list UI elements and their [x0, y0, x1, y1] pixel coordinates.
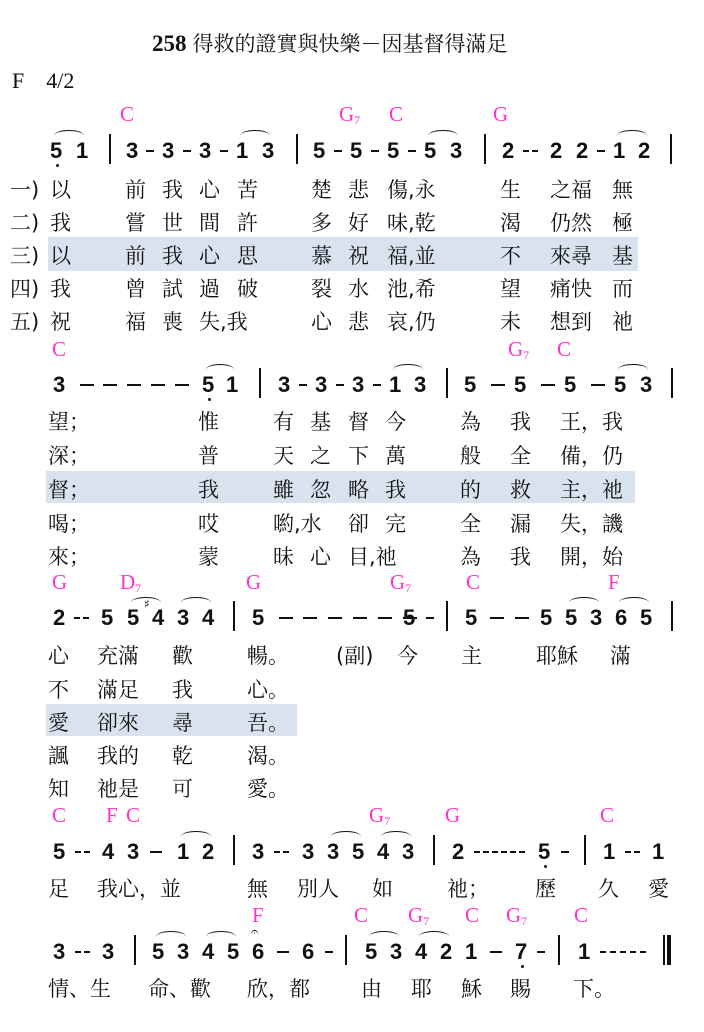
dash: [610, 951, 616, 953]
key-signature: F4/2: [12, 68, 74, 94]
lyric-syllable: 味,乾: [387, 207, 436, 237]
lyric-syllable: 失,我: [199, 306, 248, 336]
final-barline-thin: [663, 935, 665, 965]
dash: [373, 384, 381, 386]
lyric-syllable: 痛快: [550, 273, 592, 303]
dash: [220, 150, 228, 152]
chord-symbol: F: [106, 803, 118, 828]
note: 2: [638, 138, 650, 164]
lyric-syllable: 思: [237, 240, 258, 270]
lyric-syllable: 惟: [198, 406, 219, 436]
lyric-syllable: 嘗: [125, 207, 146, 237]
lyric-syllable: 渴。: [247, 740, 289, 770]
lyric-syllable: 慕: [311, 240, 332, 270]
chord-symbol: C: [354, 903, 368, 928]
lyric-syllable: 備，仍: [560, 440, 623, 470]
slur: [393, 364, 423, 375]
lyric-syllable: 心: [310, 541, 331, 571]
chord-symbol: G: [52, 570, 67, 595]
lyric-syllable: 世: [162, 207, 183, 237]
lyric-syllable: 由: [361, 973, 382, 1003]
note: 4: [377, 839, 389, 865]
lyric-syllable: 極: [612, 207, 633, 237]
lyric-syllable: 充滿: [97, 640, 139, 670]
verse-label: 五): [10, 306, 39, 336]
lyric-syllable: 試: [162, 273, 183, 303]
time-signature: 4/2: [46, 68, 74, 93]
lyric-syllable: 心: [199, 174, 220, 204]
dash: [490, 951, 502, 953]
lyric-syllable: 目,祂: [348, 541, 397, 571]
note: 5: [53, 839, 65, 865]
lyric-syllable: 哀,仍: [387, 306, 436, 336]
lyric-syllable: 過: [199, 273, 220, 303]
note: 5: [350, 138, 362, 164]
chord-symbol: C: [574, 903, 588, 928]
slur: [206, 364, 234, 375]
lyric-syllable: 之: [310, 440, 331, 470]
verse-label: 二): [10, 207, 39, 237]
lyric-syllable: 福,並: [387, 240, 436, 270]
low-octave-dot: [521, 965, 524, 968]
note: 5: [127, 605, 139, 631]
chord-symbol: C: [466, 570, 480, 595]
lyric-syllable: 望；: [48, 406, 90, 436]
dash: [80, 384, 94, 386]
dash: [279, 617, 293, 619]
dash: [426, 617, 434, 619]
lyric-syllable: 賜: [510, 973, 531, 1003]
lyric-syllable: 我: [172, 674, 193, 704]
barline: [134, 935, 136, 965]
dash: [283, 851, 289, 853]
lyric-syllable: 來；: [48, 541, 90, 571]
lyric-syllable: 的: [460, 474, 481, 504]
note: 2: [53, 605, 65, 631]
lyric-syllable: 知: [48, 773, 69, 803]
lyric-syllable: 心。: [247, 674, 289, 704]
dash: [591, 384, 605, 386]
lyric-syllable: 為: [460, 541, 481, 571]
lyric-syllable: 尋: [172, 707, 193, 737]
lyric-syllable: 乾: [172, 740, 193, 770]
lyric-syllable: 救: [510, 474, 531, 504]
dash: [408, 150, 416, 152]
note: 3: [402, 839, 414, 865]
lyric-syllable: 我的: [97, 740, 139, 770]
lyric-syllable: 可: [172, 773, 193, 803]
note: 3: [127, 839, 139, 865]
lyric-syllable: 福: [125, 306, 146, 336]
lyric-syllable: 心: [199, 240, 220, 270]
note: 4: [202, 605, 214, 631]
lyric-syllable: 完: [385, 508, 406, 538]
lyric-syllable: 蒙: [198, 541, 219, 571]
chord-symbol: C: [126, 803, 140, 828]
note: 5: [252, 605, 264, 631]
lyric-syllable: 破: [237, 273, 258, 303]
dash: [336, 384, 344, 386]
dash: [378, 617, 392, 619]
lyric-syllable: 我: [385, 474, 406, 504]
lyric-syllable: 未: [500, 306, 521, 336]
note: 3: [252, 839, 264, 865]
fermata-icon: 𝄐: [251, 925, 258, 940]
slur: [428, 130, 458, 141]
lyric-syllable: 想到: [550, 306, 592, 336]
barline: [670, 134, 672, 164]
lyric-syllable: 好: [348, 207, 369, 237]
slur: [181, 831, 211, 842]
key-label: F: [12, 68, 24, 93]
dash: [75, 851, 81, 853]
slur: [206, 931, 236, 942]
lyric-syllable: 基: [310, 406, 331, 436]
lyric-syllable: 我: [50, 273, 71, 303]
note: 3: [53, 939, 65, 965]
note: 5: [538, 839, 550, 865]
lyric-syllable: 忽: [310, 474, 331, 504]
dash: [515, 617, 529, 619]
dash: [491, 384, 505, 386]
dash: [630, 951, 636, 953]
note: 3: [640, 372, 652, 398]
lyric-syllable: 悲: [348, 174, 369, 204]
lyric-syllable: 祂；: [447, 873, 489, 903]
lyric-syllable: 我: [510, 406, 531, 436]
dash: [634, 851, 640, 853]
dash: [127, 384, 141, 386]
low-octave-dot: [56, 164, 59, 167]
note: 1: [76, 138, 88, 164]
note: 1: [613, 138, 625, 164]
lyric-syllable: 吾。: [247, 707, 289, 737]
lyric-syllable: 萬: [385, 440, 406, 470]
dash: [490, 617, 504, 619]
dash: [84, 951, 90, 953]
note: 3: [352, 372, 364, 398]
lyric-syllable: 基: [612, 240, 633, 270]
lyric-syllable: 生: [500, 174, 521, 204]
lyric-syllable: 略: [348, 474, 369, 504]
lyric-syllable: 之福: [550, 174, 592, 204]
lyric-syllable: 來尋: [550, 240, 592, 270]
dash: [84, 851, 90, 853]
lyric-syllable: 下。: [573, 973, 615, 1003]
lyric-syllable: 耶: [411, 973, 432, 1003]
lyric-syllable: 不: [48, 674, 69, 704]
dash: [175, 384, 189, 386]
note: 2: [502, 138, 514, 164]
dash: [75, 951, 81, 953]
refrain-marker: (副): [336, 640, 373, 670]
note: 3: [162, 138, 174, 164]
note: 2: [576, 138, 588, 164]
verse-label: 一): [10, 174, 39, 204]
note: 3: [177, 605, 189, 631]
barline: [259, 368, 261, 398]
lyric-syllable: 雖: [273, 474, 294, 504]
lyric-syllable: 間: [199, 207, 220, 237]
lyric-syllable: 心: [48, 640, 69, 670]
chord-symbol: G7: [339, 102, 360, 128]
lyric-syllable: 滿: [610, 640, 631, 670]
barline: [446, 601, 448, 631]
dash: [83, 617, 89, 619]
lyric-syllable: 如: [372, 873, 393, 903]
lyric-syllable: 卻來: [97, 707, 139, 737]
lyric-syllable: 卻: [348, 508, 369, 538]
chord-symbol: G7: [408, 903, 429, 929]
lyric-syllable: 哎: [198, 508, 219, 538]
note: 2: [550, 138, 562, 164]
note: 3: [177, 939, 189, 965]
note: 5: [514, 372, 526, 398]
lyric-syllable: 以: [50, 240, 71, 270]
lyric-syllable: 般: [460, 440, 481, 470]
note: 5: [101, 605, 113, 631]
lyric-syllable: 別人: [297, 873, 339, 903]
note: 5: [540, 605, 552, 631]
lyric-syllable: 望: [500, 273, 521, 303]
lyric-syllable: 愛: [648, 873, 669, 903]
note: 5: [202, 372, 214, 398]
lyric-syllable: 喝；: [48, 508, 90, 538]
low-octave-dot: [208, 398, 211, 401]
chord-symbol: C: [120, 102, 134, 127]
dash: [303, 617, 317, 619]
note: 3: [199, 138, 211, 164]
lyric-syllable: 我: [510, 541, 531, 571]
dash: [277, 951, 289, 953]
barline: [584, 835, 586, 865]
lyric-syllable: 主，祂: [560, 474, 623, 504]
note: 1: [177, 839, 189, 865]
lyric-syllable: 祝: [50, 306, 71, 336]
barline: [233, 835, 235, 865]
dash: [103, 384, 117, 386]
lyric-syllable: 天: [273, 440, 294, 470]
lyric-syllable: 祂是: [97, 773, 139, 803]
barline: [233, 601, 235, 631]
chord-symbol: C: [52, 337, 66, 362]
lyric-syllable: 漏: [510, 508, 531, 538]
lyric-syllable: 我: [162, 174, 183, 204]
slur: [156, 931, 186, 942]
note: 5: [614, 372, 626, 398]
chord-symbol: G7: [508, 337, 529, 363]
dash: [501, 851, 507, 853]
lyric-syllable: 許: [237, 207, 258, 237]
note: 1: [652, 839, 664, 865]
note: 2: [202, 839, 214, 865]
lyric-syllable: 苦: [237, 174, 258, 204]
dash: [523, 150, 529, 152]
note: 3: [590, 605, 602, 631]
dash: [146, 150, 154, 152]
note: 3: [262, 138, 274, 164]
lyric-syllable: 深；: [48, 440, 90, 470]
note: 3: [278, 372, 290, 398]
lyric-syllable: 我: [50, 207, 71, 237]
lyric-syllable: 悲: [348, 306, 369, 336]
note: 3: [53, 372, 65, 398]
verse-label: 三): [10, 240, 39, 270]
slur: [619, 597, 649, 608]
lyric-syllable: 我心，並: [97, 873, 181, 903]
lyric-syllable: 普: [198, 440, 219, 470]
chord-symbol: C: [600, 803, 614, 828]
dash: [519, 851, 525, 853]
lyric-syllable: 我: [162, 240, 183, 270]
hymn-title: 258得救的證實與快樂－因基督得滿足: [152, 28, 508, 58]
dash: [640, 951, 646, 953]
lyric-syllable: 渴: [500, 207, 521, 237]
note: 4: [202, 939, 214, 965]
final-barline-thick: [667, 935, 671, 965]
note: 1: [226, 372, 238, 398]
note: 5: [313, 138, 325, 164]
note: 3: [414, 372, 426, 398]
chord-symbol: G7: [390, 570, 411, 596]
dash: [625, 851, 631, 853]
lyric-syllable: 有: [273, 406, 294, 436]
slur: [181, 597, 211, 608]
slur: [381, 831, 411, 842]
lyric-syllable: 主: [461, 640, 482, 670]
note: 5: [403, 605, 415, 631]
lyric-syllable: 心: [311, 306, 332, 336]
lyric-syllable: 池,希: [387, 273, 436, 303]
lyric-syllable: 而: [612, 273, 633, 303]
lyric-syllable: 前: [125, 240, 146, 270]
dash: [150, 851, 162, 853]
chord-symbol: G: [246, 570, 261, 595]
dash: [561, 851, 569, 853]
dash: [334, 150, 342, 152]
slur: [617, 130, 647, 141]
note: 1: [578, 939, 590, 965]
note: 1: [465, 939, 477, 965]
lyric-syllable: 情、生: [48, 973, 111, 1003]
chord-symbol: D7: [120, 570, 141, 596]
note: 3: [390, 939, 402, 965]
note: 5: [227, 939, 239, 965]
lyric-syllable: 愛: [48, 707, 69, 737]
note: 4: [415, 939, 427, 965]
lyric-syllable: 昧: [273, 541, 294, 571]
barline: [296, 134, 298, 164]
dash: [325, 951, 333, 953]
verse-3-highlight: [46, 471, 635, 503]
slur: [54, 130, 84, 141]
lyric-syllable: 今: [385, 406, 406, 436]
dash: [183, 150, 191, 152]
barline: [671, 601, 673, 631]
lyric-syllable: 欣，都: [247, 973, 310, 1003]
chord-symbol: G: [445, 803, 460, 828]
lyric-syllable: 祝: [348, 240, 369, 270]
barline: [109, 134, 111, 164]
chord-symbol: C: [557, 337, 571, 362]
chord-symbol: F: [608, 570, 620, 595]
lyric-syllable: 全: [460, 508, 481, 538]
lyric-syllable: 我: [198, 474, 219, 504]
lyric-syllable: 裂: [311, 273, 332, 303]
dash: [151, 384, 165, 386]
note: 3: [302, 839, 314, 865]
lyric-syllable: 不: [500, 240, 521, 270]
note: 3: [450, 138, 462, 164]
lyric-syllable: 歷: [535, 873, 556, 903]
lyric-syllable: 無: [247, 873, 268, 903]
lyric-syllable: 曾: [125, 273, 146, 303]
dash: [274, 851, 280, 853]
dash: [600, 951, 606, 953]
dash: [74, 617, 80, 619]
dash: [532, 150, 538, 152]
lyric-syllable: 下: [348, 440, 369, 470]
barline: [345, 935, 347, 965]
verse-label: 四): [10, 273, 39, 303]
note: 5: [565, 605, 577, 631]
slur: [331, 831, 361, 842]
slur: [618, 364, 648, 375]
lyric-syllable: 喪: [162, 306, 183, 336]
lyric-syllable: 督: [348, 406, 369, 436]
note: 5: [365, 939, 377, 965]
dash: [541, 384, 555, 386]
lyric-syllable: 諷: [48, 740, 69, 770]
slur: [240, 130, 270, 141]
lyric-syllable: 無: [612, 174, 633, 204]
lyric-syllable: 穌: [461, 973, 482, 1003]
dash: [510, 851, 516, 853]
note: 5: [465, 605, 477, 631]
lyric-syllable: 督；: [48, 474, 90, 504]
lyric-syllable: 足: [48, 873, 69, 903]
lyric-syllable: 為: [460, 406, 481, 436]
barline: [484, 134, 486, 164]
barline: [433, 835, 435, 865]
lyric-syllable: 耶穌: [536, 640, 578, 670]
lyric-syllable: 失，譏: [560, 508, 623, 538]
lyric-syllable: 久: [598, 873, 619, 903]
chord-symbol: G7: [506, 903, 527, 929]
lyric-syllable: 命、歡: [148, 973, 211, 1003]
lyric-syllable: 祂: [612, 306, 633, 336]
lyric-syllable: 喲,水: [273, 508, 322, 538]
hymn-title-text: 得救的證實與快樂－因基督得滿足: [193, 32, 508, 56]
chord-symbol: C: [465, 903, 479, 928]
dash: [483, 851, 489, 853]
barline: [558, 935, 560, 965]
note: 7: [515, 939, 527, 965]
dash: [597, 150, 605, 152]
chord-symbol: G7: [369, 803, 390, 829]
note: 1: [236, 138, 248, 164]
note: 4: [102, 839, 114, 865]
note: 6: [615, 605, 627, 631]
dash: [492, 851, 498, 853]
note: 5: [564, 372, 576, 398]
lyric-syllable: 以: [50, 174, 71, 204]
dash: [474, 851, 480, 853]
note: 5: [50, 138, 62, 164]
note: 3: [327, 839, 339, 865]
dash: [537, 951, 545, 953]
note: 2: [452, 839, 464, 865]
